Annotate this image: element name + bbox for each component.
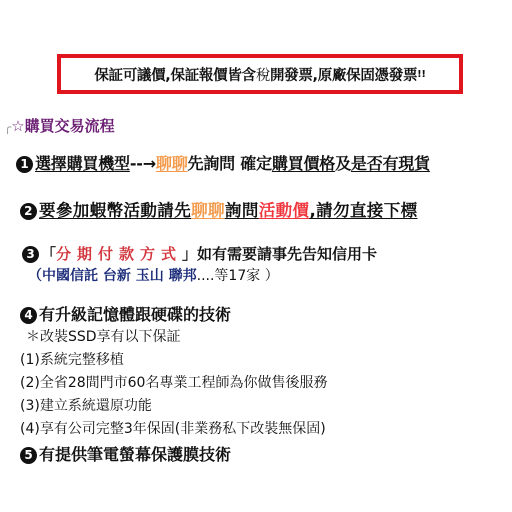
bank-count: ....等17家: [197, 268, 261, 284]
step-3-text: 如有需要請事先告知信用卡: [197, 245, 377, 263]
bracket-open: 「: [41, 245, 56, 263]
step-5-title: 有提供筆電螢幕保護膜技術: [39, 445, 231, 464]
step-1-text-d: 及: [335, 154, 351, 173]
chat-link[interactable]: 聊聊: [156, 154, 188, 173]
step-3: 3「分期付款方式」如有需要請事先告知信用卡: [22, 243, 377, 264]
number-5-icon: 5: [20, 447, 37, 464]
bank-list: （中國信託 台新 玉山 聯邦....等17家 ）: [28, 265, 279, 285]
bank-paren-close: ）: [260, 268, 278, 284]
step-2-text-c: ,請勿直接下標: [309, 201, 417, 220]
warranty-item: (3)建立系統還原功能: [20, 395, 152, 415]
step-1-price: 購買價格: [272, 154, 335, 173]
number-2-icon: 2: [20, 203, 37, 220]
step-5: 5有提供筆電螢幕保護膜技術: [20, 442, 231, 465]
step-2: 2要參加蝦幣活動請先聊聊詢問活動價,請勿直接下標: [20, 197, 418, 221]
banner-text-part1: 保証可議價,保証報價皆含: [94, 64, 255, 85]
banner-text-part2: 開發票,原廠保固憑發票: [270, 64, 417, 85]
step-4-subtitle: ＊改裝SSD享有以下保証: [26, 326, 181, 346]
step-1-select-model: 選擇購買機型: [35, 154, 130, 173]
warranty-item: (2)全省28間門市60名專業工程師為你做售後服務: [20, 372, 327, 392]
bracket-close: 」: [182, 245, 197, 263]
banner-text-tax: 稅: [256, 64, 270, 85]
number-1-icon: 1: [16, 156, 33, 173]
number-3-icon: 3: [22, 246, 39, 263]
banner-exclamation: !!: [417, 69, 426, 80]
step-4-title: 有升級記憶體跟硬碟的技術: [39, 305, 231, 324]
warranty-item: (4)享有公司完整3年保固(非業務私下改裝無保固): [20, 418, 326, 438]
arrow-icon: --→: [130, 154, 156, 173]
step-1: 1選擇購買機型--→聊聊先詢問 確定購買價格及是否有現貨: [16, 151, 430, 174]
section-title: ╭☆購買交易流程: [4, 115, 115, 136]
warranty-banner: 保証可議價,保証報價皆含稅開發票,原廠保固憑發票!!: [57, 54, 463, 94]
bank-names: 中國信託 台新 玉山 聯邦: [42, 268, 197, 284]
bank-paren-open: （: [28, 268, 42, 284]
step-1-text-b: 先詢問 確定: [188, 154, 272, 173]
section-title-text: ☆購買交易流程: [11, 117, 114, 135]
number-4-icon: 4: [20, 307, 37, 324]
step-1-stock: 是否有現貨: [351, 154, 430, 173]
step-4: 4有升級記憶體跟硬碟的技術: [20, 302, 231, 325]
installment-keyword: 分期付款方式: [56, 245, 182, 263]
step-2-text-b: 詢問: [225, 201, 259, 220]
promo-price: 活動價: [259, 201, 310, 220]
warranty-item: (1)系統完整移植: [20, 349, 124, 369]
step-2-text-a: 要參加蝦幣活動請先: [39, 201, 191, 220]
chat-link[interactable]: 聊聊: [191, 201, 225, 220]
